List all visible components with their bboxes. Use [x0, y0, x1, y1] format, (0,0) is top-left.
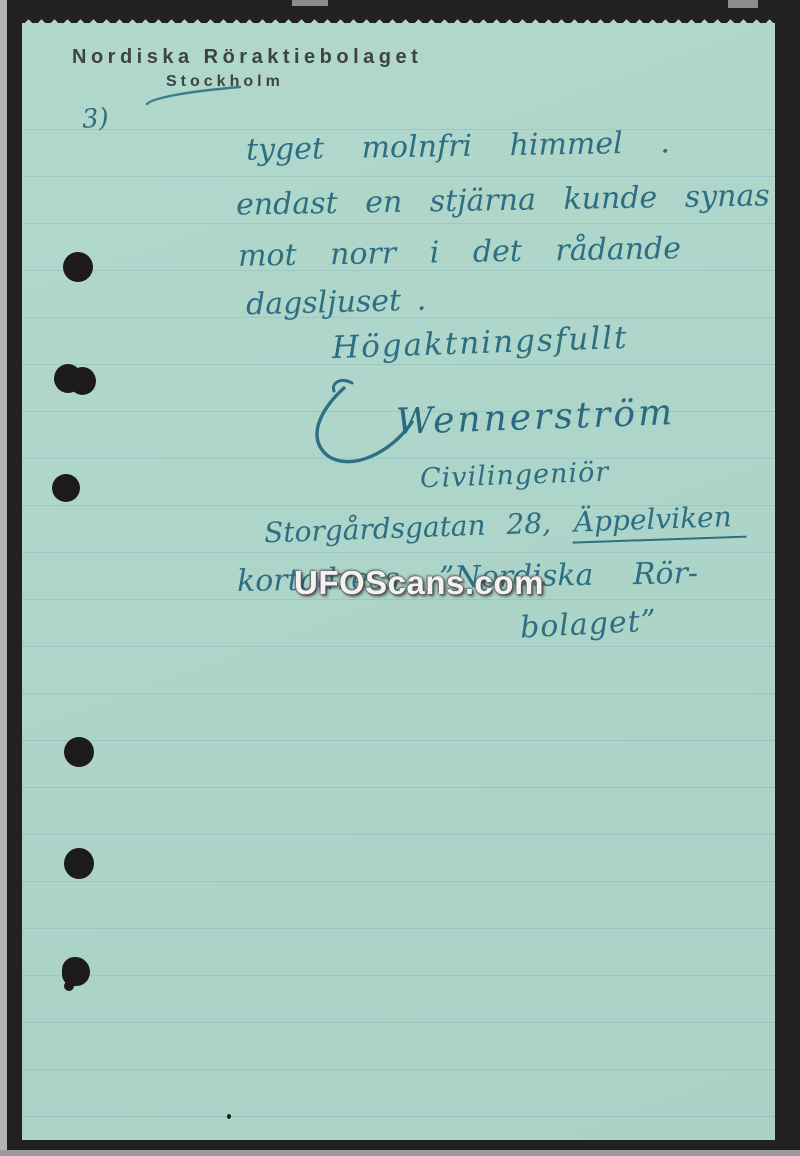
perforated-top-edge [22, 16, 775, 23]
handwritten-line: tyget molnfri himmel . [246, 128, 670, 165]
signature: Wennerström [395, 395, 675, 441]
address-line: bolaget” [519, 606, 657, 643]
handwritten-line: dagsljuset . [246, 286, 427, 321]
signature-title: Civilingeniör [420, 459, 610, 493]
punch-hole [63, 252, 93, 282]
punch-hole [64, 848, 94, 879]
scan-edge-left [0, 0, 7, 1156]
scan-edge-notch [728, 0, 758, 8]
scanned-letter-page: Nordiska Röraktiebolaget Stockholm 3) ty… [0, 0, 800, 1156]
handwritten-line: mot norr i det rådande [238, 234, 681, 272]
watermark: UFOScans.com [294, 564, 544, 602]
punch-hole [52, 474, 80, 502]
letterhead-company: Nordiska Röraktiebolaget [72, 46, 422, 69]
punch-hole [64, 737, 94, 767]
punch-hole-fragment [64, 981, 74, 991]
letterhead-city: Stockholm [166, 73, 284, 91]
scan-edge-bottom [0, 1150, 800, 1156]
page-number-annotation: 3) [81, 105, 109, 133]
punch-hole-double [69, 367, 96, 395]
scan-edge-notch [292, 0, 328, 6]
ink-speck [227, 1114, 231, 1119]
address-district-underlined: Äppelviken [571, 500, 746, 544]
